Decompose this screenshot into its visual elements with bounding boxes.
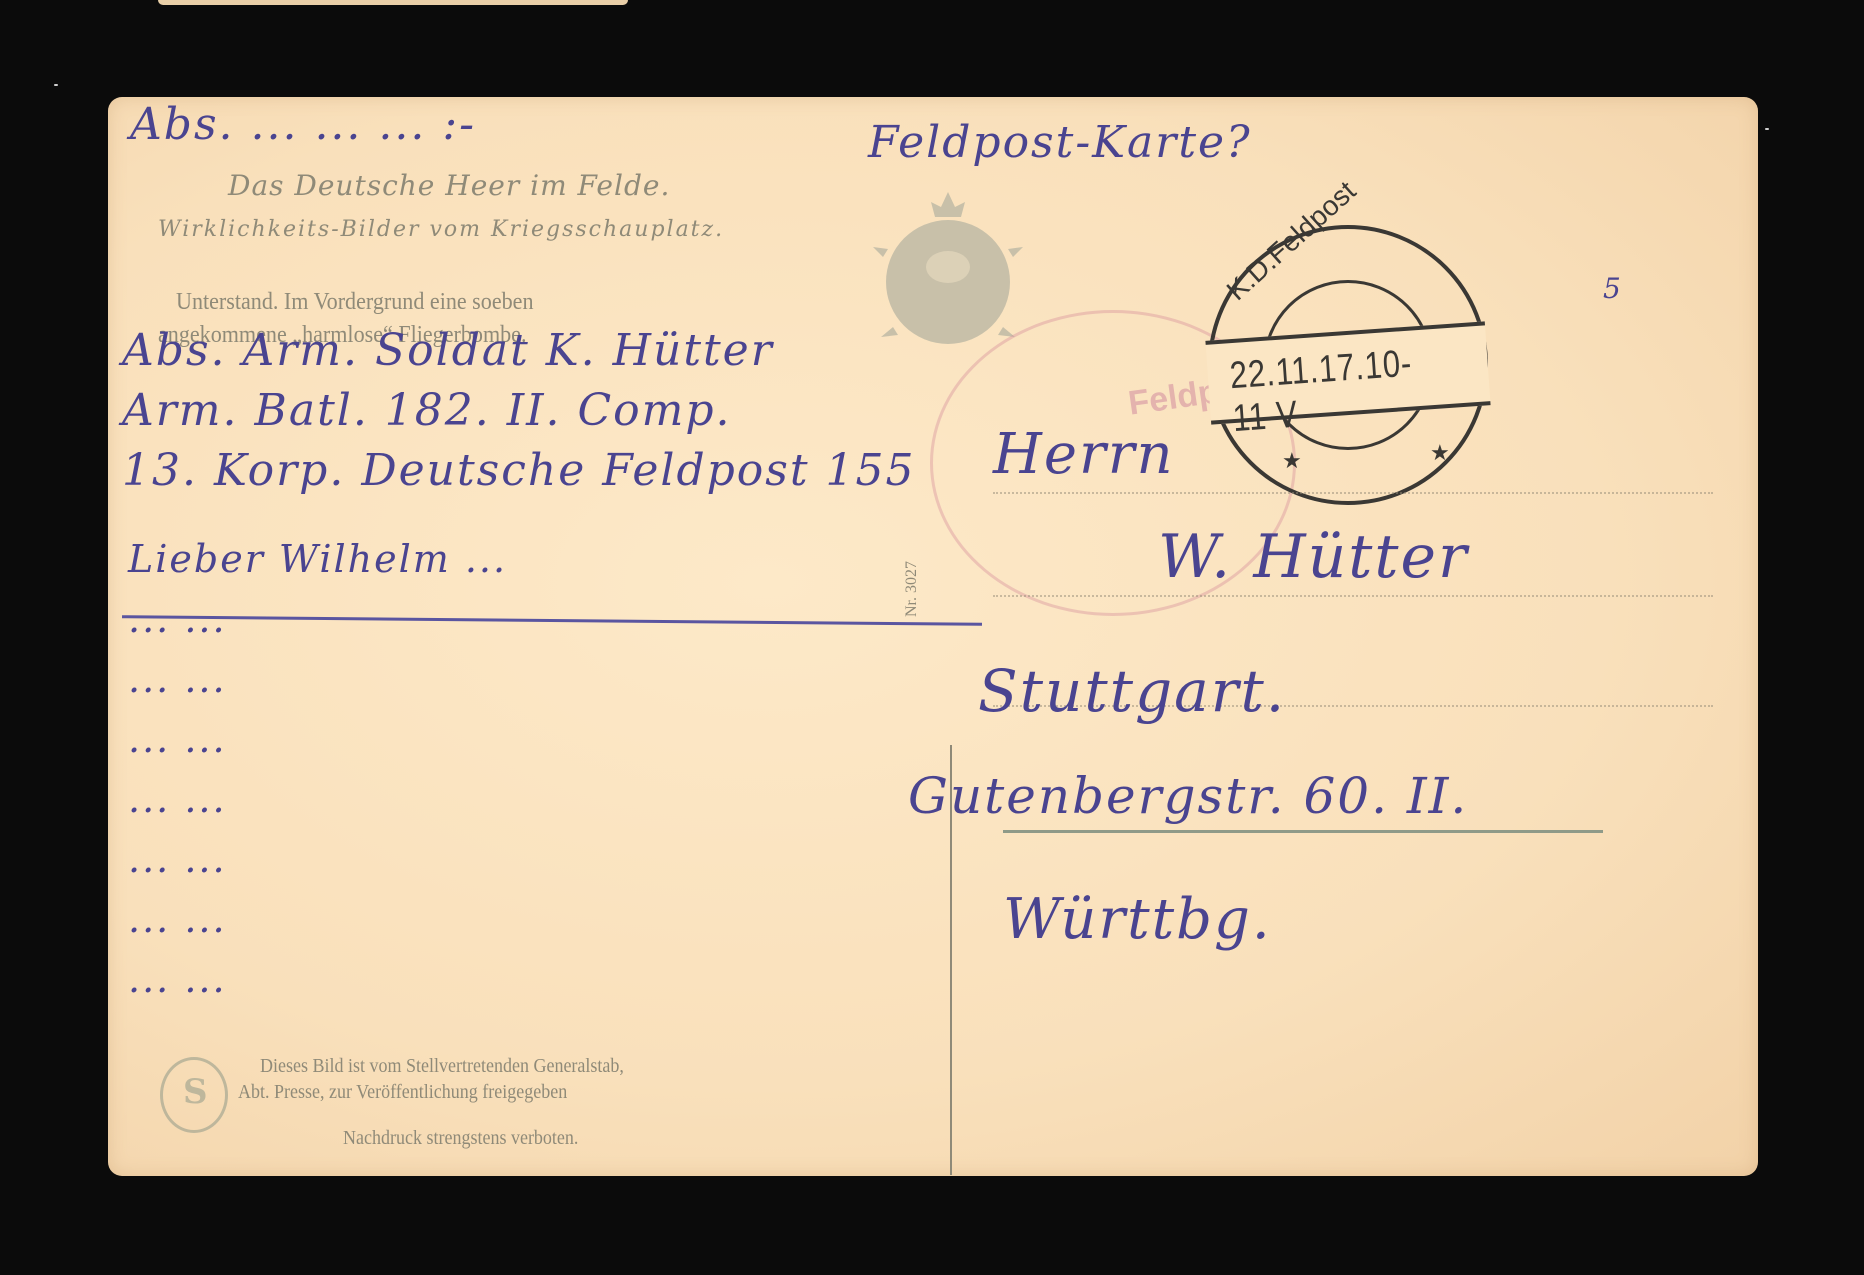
message-line-4: ... ... <box>128 717 227 761</box>
postmark-date: 22.11.17.10-11 V <box>1228 341 1445 442</box>
handwritten-number: 5 <box>1603 272 1623 305</box>
message-line-3: ... ... <box>128 657 227 701</box>
postmark-date-band: 22.11.17.10-11 V <box>1205 321 1490 424</box>
dust-speck <box>54 84 58 86</box>
address-name: W. Hütter <box>1158 522 1469 592</box>
series-title: Das Deutsche Heer im Felde. <box>228 169 670 202</box>
dust-speck <box>1765 128 1769 130</box>
sender-underline <box>122 615 982 626</box>
message-line-7: ... ... <box>128 897 227 941</box>
message-line-6: ... ... <box>128 837 227 881</box>
sender-line-1: Abs. Arm. Soldat K. Hütter <box>122 325 774 376</box>
footer-line-2: Abt. Presse, zur Veröffentlichung freige… <box>238 1081 567 1104</box>
postcard: Das Deutsche Heer im Felde. Wirklichkeit… <box>108 97 1758 1176</box>
message-line-1: Lieber Wilhelm ... <box>128 537 507 581</box>
address-rule-solid <box>1003 830 1603 833</box>
message-line-8: ... ... <box>128 957 227 1001</box>
address-region: Württbg. <box>1003 887 1272 952</box>
address-rule <box>993 595 1713 597</box>
caption-line-1: Unterstand. Im Vordergrund eine soeben <box>176 289 534 316</box>
adjacent-card-edge <box>158 0 628 5</box>
sender-line-3: 13. Korp. Deutsche Feldpost 155 <box>122 445 916 496</box>
footer-line-1: Dieses Bild ist vom Stellvertretenden Ge… <box>260 1055 624 1078</box>
series-subtitle: Wirklichkeits-Bilder vom Kriegsschauplat… <box>158 217 724 242</box>
imperial-eagle-icon <box>873 187 1023 357</box>
footer-line-3: Nachdruck strengstens verboten. <box>343 1127 578 1150</box>
address-street: Gutenbergstr. 60. II. <box>908 767 1468 825</box>
message-line-2: ... ... <box>128 597 227 641</box>
address-rule <box>993 492 1713 494</box>
star-icon: ★ <box>1430 441 1450 466</box>
card-number: Nr. 3027 <box>903 561 921 617</box>
publisher-logo-icon: S <box>160 1057 228 1133</box>
address-city: Stuttgart. <box>978 657 1286 725</box>
handwritten-card-type: Feldpost-Karte? <box>868 117 1252 168</box>
message-line-5: ... ... <box>128 777 227 821</box>
address-salutation: Herrn <box>993 422 1175 487</box>
star-icon: ★ <box>1282 449 1302 474</box>
handwritten-top-left: Abs. ... ... ... :- <box>130 99 476 150</box>
postmark: K.D.Feldpost 22.11.17.10-11 V ★ ★ <box>1208 225 1488 505</box>
sender-line-2: Arm. Batl. 182. II. Comp. <box>122 385 732 436</box>
